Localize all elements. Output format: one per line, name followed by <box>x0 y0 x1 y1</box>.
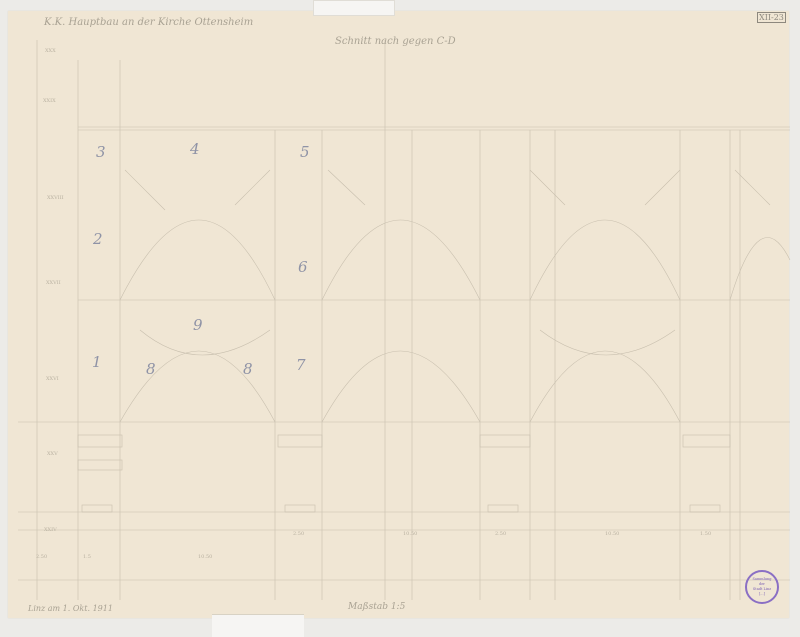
dimension-label: 10.50 <box>198 554 212 560</box>
dimension-label: 1.5 <box>83 554 91 560</box>
dimension-label: 10.50 <box>403 531 417 537</box>
scale-label: XXX <box>45 48 56 54</box>
bay-number: 4 <box>190 140 200 158</box>
scale-label: XXVII <box>46 280 61 286</box>
scale-label: XXVIII <box>47 195 64 201</box>
dimension-label: 2.50 <box>36 554 47 560</box>
dimension-label: 10.50 <box>605 531 619 537</box>
scale-label: XXVI <box>46 376 59 382</box>
bay-number: 8 <box>146 360 156 378</box>
dimension-label: 2.50 <box>495 531 506 537</box>
drawing-title-center: Schnitt nach gegen C-D <box>335 36 456 47</box>
bay-number: 1 <box>92 353 102 371</box>
bay-number: 8 <box>243 360 253 378</box>
bay-number: 5 <box>300 143 310 161</box>
bay-number: 2 <box>93 230 103 248</box>
dimension-label: 1.50 <box>700 531 711 537</box>
archive-stamp: Sammlung der Stadt Linz [...] <box>745 570 779 604</box>
dimension-label: 2.50 <box>293 531 304 537</box>
bay-number: 7 <box>296 356 306 374</box>
drawing-title-left: K.K. Hauptbau an der Kirche Ottensheim <box>44 17 253 28</box>
signature-date: Linz am 1. Okt. 1911 <box>28 604 113 613</box>
scale-label: XXIV <box>44 527 57 533</box>
elevation-drawing <box>0 0 800 637</box>
scale-label: XXIX <box>43 98 56 104</box>
bay-number: 6 <box>298 258 308 276</box>
scale-label: XXV <box>47 451 58 457</box>
scale-note: Maßstab 1:5 <box>348 602 405 612</box>
bay-number: 3 <box>96 143 106 161</box>
inventory-number: XII-23 <box>757 13 786 22</box>
bay-number: 9 <box>193 316 203 334</box>
